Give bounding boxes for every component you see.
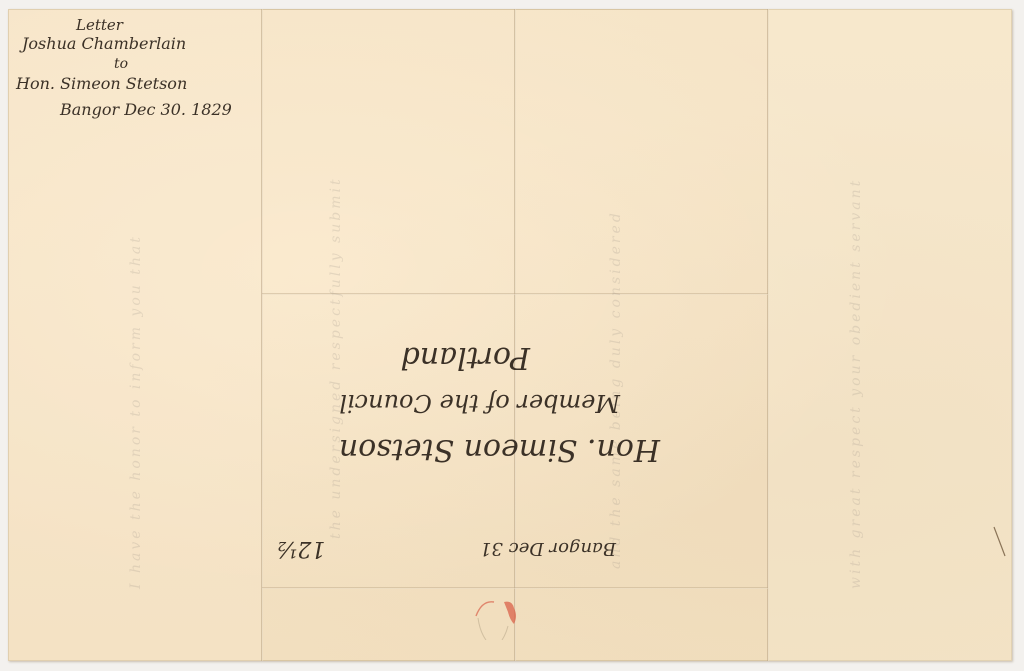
bleed-through-text: I have the honor to inform you that	[128, 129, 144, 589]
fold-line-right	[767, 9, 769, 661]
docket-line: Joshua Chamberlain	[22, 34, 186, 53]
edge-tear	[993, 526, 1007, 566]
docket-line: Letter	[76, 16, 123, 34]
address-line-recipient: Hon. Simeon Stetson	[339, 432, 660, 467]
address-block: Hon. Simeon Stetson Member of the Counci…	[330, 315, 730, 475]
fold-line-bottom	[262, 587, 768, 589]
docket-line: Hon. Simeon Stetson	[16, 74, 187, 93]
docket-line: Bangor Dec 30. 1829	[60, 100, 232, 119]
bleed-through-text: with great respect your obedient servant	[848, 119, 864, 589]
right-panel	[768, 9, 1012, 661]
wax-seal-remnant	[468, 596, 534, 640]
fold-line-left	[261, 9, 263, 661]
address-line-city: Portland	[401, 340, 530, 375]
docket-line: to	[114, 56, 128, 72]
address-line-title: Member of the Council	[339, 389, 620, 417]
postmark: Bangor Dec 31	[480, 538, 616, 559]
postage-rate: 12½	[276, 536, 325, 561]
